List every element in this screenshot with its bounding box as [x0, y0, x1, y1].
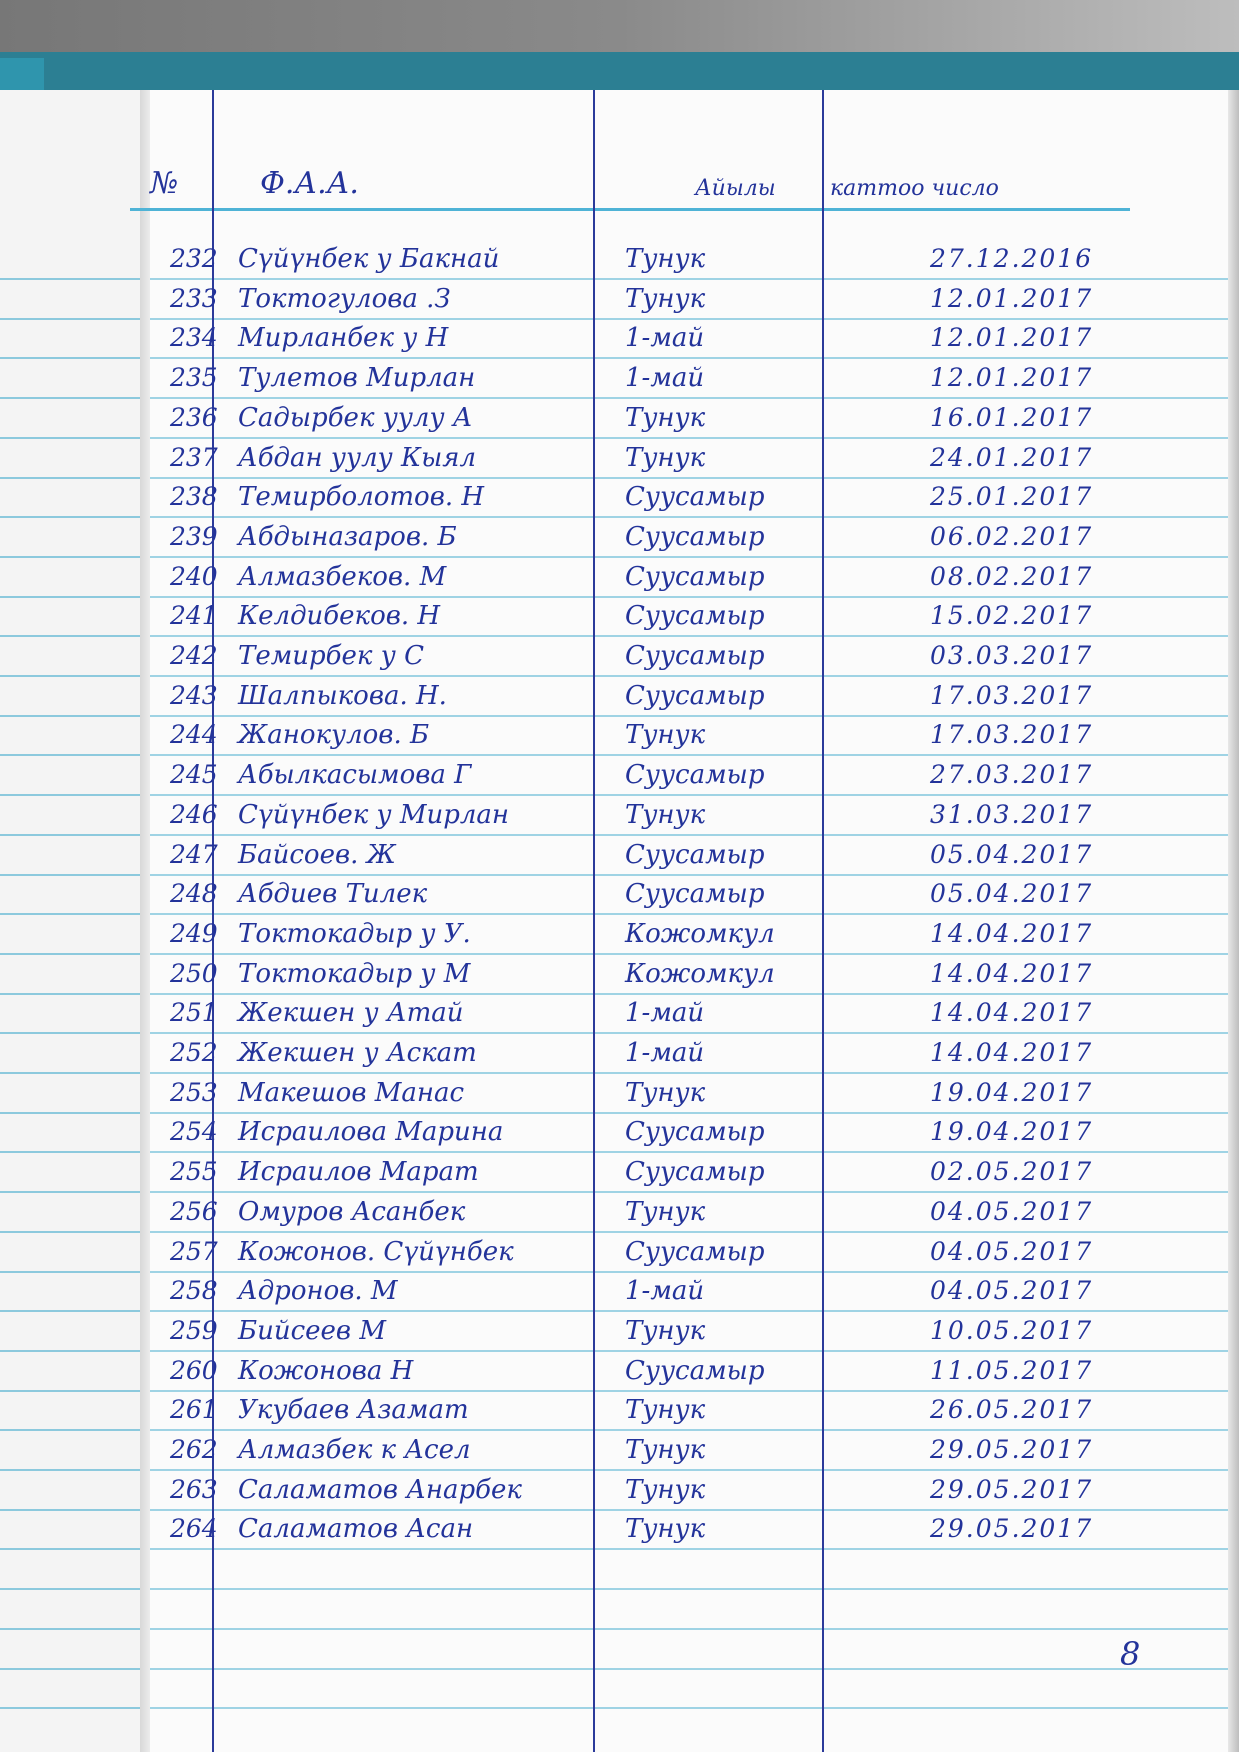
- table-row: 262Алмазбек к АселТунук29.05.2017: [150, 1431, 1239, 1467]
- table-row: 258Адронов. М1-май04.05.2017: [150, 1272, 1239, 1308]
- page-number: 8: [1120, 1635, 1140, 1673]
- entry-date: 29.05.2017: [930, 1435, 1093, 1464]
- entry-name: Жекшен у Атай: [238, 998, 463, 1028]
- entry-name: Темирбек у С: [238, 641, 424, 671]
- entry-date: 10.05.2017: [930, 1316, 1093, 1345]
- entry-number: 243: [170, 681, 218, 710]
- entry-village: Суусамыр: [625, 562, 765, 592]
- table-row: 240Алмазбеков. МСуусамыр08.02.2017: [150, 558, 1239, 594]
- entry-number: 240: [170, 562, 218, 591]
- table-row: 259Бийсеев МТунук10.05.2017: [150, 1312, 1239, 1348]
- ruled-line: [150, 1707, 1239, 1709]
- entry-name: Токтокадыр у У.: [238, 919, 471, 949]
- entry-name: Садырбек уулу А: [238, 403, 473, 433]
- entry-number: 257: [170, 1237, 218, 1266]
- entry-name: Жанокулов. Б: [238, 720, 429, 750]
- entry-village: Суусамыр: [625, 1237, 765, 1267]
- header-registration-date: каттоо числo: [830, 176, 999, 201]
- entry-number: 254: [170, 1117, 218, 1146]
- entry-name: Тулетов Мирлан: [238, 363, 475, 393]
- entry-name: Токтокадыр у М: [238, 959, 470, 989]
- entry-date: 31.03.2017: [930, 800, 1093, 829]
- entry-village: Кожомкул: [625, 959, 775, 989]
- entry-village: 1-май: [625, 363, 704, 393]
- entry-village: 1-май: [625, 1276, 704, 1306]
- ruled-line: [150, 1668, 1239, 1670]
- entry-village: Тунук: [625, 244, 705, 274]
- entry-name: Мирланбек у Н: [238, 323, 448, 353]
- entry-date: 14.04.2017: [930, 919, 1093, 948]
- entry-date: 27.12.2016: [930, 244, 1093, 273]
- entry-number: 264: [170, 1514, 218, 1543]
- ruled-line: [0, 556, 140, 558]
- ruled-line: [0, 1350, 140, 1352]
- entry-number: 247: [170, 840, 218, 869]
- entry-village: 1-май: [625, 1038, 704, 1068]
- entry-number: 252: [170, 1038, 218, 1067]
- entry-number: 244: [170, 720, 218, 749]
- table-row: 260Кожонова НСуусамыр11.05.2017: [150, 1352, 1239, 1388]
- entry-number: 260: [170, 1356, 218, 1385]
- header-number: №: [150, 166, 178, 201]
- entry-village: Тунук: [625, 1078, 705, 1108]
- ruled-line: [150, 1628, 1239, 1630]
- entry-village: Суусамыр: [625, 601, 765, 631]
- entry-date: 04.05.2017: [930, 1276, 1093, 1305]
- table-row: 246Сүйүнбек у МирланТунук31.03.2017: [150, 796, 1239, 832]
- ruled-line: [0, 1707, 140, 1709]
- entry-village: Кожомкул: [625, 919, 775, 949]
- entry-number: 251: [170, 998, 218, 1027]
- entry-number: 259: [170, 1316, 218, 1345]
- table-row: 253Макешов МанасТунук19.04.2017: [150, 1074, 1239, 1110]
- entry-date: 11.05.2017: [930, 1356, 1093, 1385]
- table-row: 254Исраилова МаринаСуусамыр19.04.2017: [150, 1113, 1239, 1149]
- entry-name: Абдиев Тилек: [238, 879, 427, 909]
- entry-village: Суусамыр: [625, 840, 765, 870]
- entry-number: 236: [170, 403, 218, 432]
- table-row: 243Шалпыкова. Н.Суусамыр17.03.2017: [150, 677, 1239, 713]
- ruled-line: [0, 1072, 140, 1074]
- entry-name: Сүйүнбек у Бакнай: [238, 244, 499, 274]
- entry-date: 24.01.2017: [930, 443, 1093, 472]
- table-row: 241Келдибеков. НСуусамыр15.02.2017: [150, 597, 1239, 633]
- entry-date: 19.04.2017: [930, 1078, 1093, 1107]
- ruled-line: [0, 516, 140, 518]
- ruled-line: [0, 1668, 140, 1670]
- table-row: 255Исраилов МаратСуусамыр02.05.2017: [150, 1153, 1239, 1189]
- ruled-line: [0, 834, 140, 836]
- entry-date: 05.04.2017: [930, 840, 1093, 869]
- ruled-line: [0, 437, 140, 439]
- table-row: 232Сүйүнбек у БакнайТунук27.12.2016: [150, 240, 1239, 276]
- entry-date: 29.05.2017: [930, 1475, 1093, 1504]
- entry-village: Суусамыр: [625, 879, 765, 909]
- entry-name: Омуров Асанбек: [238, 1197, 465, 1227]
- entry-date: 12.01.2017: [930, 363, 1093, 392]
- table-row: 239Абдыназаров. БСуусамыр06.02.2017: [150, 518, 1239, 554]
- entry-village: Суусамыр: [625, 1117, 765, 1147]
- ruled-line: [0, 278, 140, 280]
- entry-date: 26.05.2017: [930, 1395, 1093, 1424]
- entry-name: Абдан уулу Кыял: [238, 443, 476, 473]
- ruled-line: [0, 318, 140, 320]
- entry-date: 08.02.2017: [930, 562, 1093, 591]
- entry-village: Суусамыр: [625, 681, 765, 711]
- entry-number: 248: [170, 879, 218, 908]
- entry-number: 262: [170, 1435, 218, 1464]
- ruled-line: [0, 675, 140, 677]
- entry-village: Тунук: [625, 1316, 705, 1346]
- entry-date: 02.05.2017: [930, 1157, 1093, 1186]
- table-row: 248Абдиев ТилекСуусамыр05.04.2017: [150, 875, 1239, 911]
- ruled-line: [0, 993, 140, 995]
- entry-name: Келдибеков. Н: [238, 601, 440, 631]
- entry-date: 05.04.2017: [930, 879, 1093, 908]
- entry-date: 25.01.2017: [930, 482, 1093, 511]
- ruled-line: [0, 1310, 140, 1312]
- ledger-page: № Ф.А.А. Айылы каттоо числo 232Сүйүнбек …: [150, 90, 1239, 1752]
- entry-number: 241: [170, 601, 218, 630]
- entry-date: 03.03.2017: [930, 641, 1093, 670]
- entry-name: Токтогулова .З: [238, 284, 451, 314]
- table-row: 247Байсоев. ЖСуусамыр05.04.2017: [150, 836, 1239, 872]
- ruled-line: [0, 1588, 140, 1590]
- table-row: 249Токтокадыр у У.Кожомкул14.04.2017: [150, 915, 1239, 951]
- entry-village: Тунук: [625, 403, 705, 433]
- entry-name: Алмазбек к Асел: [238, 1435, 471, 1465]
- entry-date: 27.03.2017: [930, 760, 1093, 789]
- entry-village: Тунук: [625, 800, 705, 830]
- header-divider: [130, 208, 1130, 211]
- ruled-line: [0, 1271, 140, 1273]
- ruled-line: [0, 477, 140, 479]
- entry-number: 255: [170, 1157, 218, 1186]
- entry-name: Исраилова Марина: [238, 1117, 503, 1147]
- entry-date: 12.01.2017: [930, 284, 1093, 313]
- ruled-line: [0, 1032, 140, 1034]
- entry-number: 261: [170, 1395, 218, 1424]
- table-row: 244Жанокулов. БТунук17.03.2017: [150, 716, 1239, 752]
- entry-number: 232: [170, 244, 218, 273]
- entry-name: Укубаев Азамат: [238, 1395, 469, 1425]
- entry-number: 235: [170, 363, 218, 392]
- ruled-line: [0, 1390, 140, 1392]
- ruled-line: [0, 715, 140, 717]
- page-edge: [1228, 90, 1239, 1752]
- ruled-line: [0, 953, 140, 955]
- entry-date: 16.01.2017: [930, 403, 1093, 432]
- entry-name: Шалпыкова. Н.: [238, 681, 447, 711]
- entry-number: 246: [170, 800, 218, 829]
- ruled-line: [0, 874, 140, 876]
- entry-number: 233: [170, 284, 218, 313]
- entry-number: 238: [170, 482, 218, 511]
- entry-village: Тунук: [625, 1475, 705, 1505]
- entry-date: 29.05.2017: [930, 1514, 1093, 1543]
- ruled-line: [0, 1548, 140, 1550]
- entry-village: Тунук: [625, 1197, 705, 1227]
- notebook-cover: [0, 52, 1239, 90]
- entry-date: 17.03.2017: [930, 720, 1093, 749]
- entry-village: Суусамыр: [625, 482, 765, 512]
- ruled-line: [0, 596, 140, 598]
- table-row: 236Садырбек уулу АТунук16.01.2017: [150, 399, 1239, 435]
- entry-name: Абдыназаров. Б: [238, 522, 457, 552]
- entry-date: 19.04.2017: [930, 1117, 1093, 1146]
- entry-date: 14.04.2017: [930, 1038, 1093, 1067]
- entry-number: 263: [170, 1475, 218, 1504]
- entry-village: Тунук: [625, 284, 705, 314]
- entry-name: Жекшен у Аскат: [238, 1038, 477, 1068]
- table-row: 242Темирбек у ССуусамыр03.03.2017: [150, 637, 1239, 673]
- entry-village: Тунук: [625, 1514, 705, 1544]
- table-row: 238Темирболотов. НСуусамыр25.01.2017: [150, 478, 1239, 514]
- entry-date: 14.04.2017: [930, 959, 1093, 988]
- entry-name: Саламатов Асан: [238, 1514, 473, 1544]
- ruled-line: [0, 913, 140, 915]
- entry-date: 12.01.2017: [930, 323, 1093, 352]
- entry-village: 1-май: [625, 323, 704, 353]
- ruled-line: [0, 754, 140, 756]
- entry-number: 258: [170, 1276, 218, 1305]
- ruled-line: [0, 1469, 140, 1471]
- entry-number: 245: [170, 760, 218, 789]
- entry-name: Абылкасымова Г: [238, 760, 471, 790]
- entry-name: Бийсеев М: [238, 1316, 386, 1346]
- notebook-cover-corner: [0, 58, 44, 92]
- entry-date: 04.05.2017: [930, 1197, 1093, 1226]
- entry-number: 249: [170, 919, 218, 948]
- table-row: 264Саламатов АсанТунук29.05.2017: [150, 1510, 1239, 1546]
- table-row: 235Тулетов Мирлан1-май12.01.2017: [150, 359, 1239, 395]
- ruled-line: [0, 1112, 140, 1114]
- table-row: 256Омуров АсанбекТунук04.05.2017: [150, 1193, 1239, 1229]
- entry-number: 242: [170, 641, 218, 670]
- table-row: 237Абдан уулу КыялТунук24.01.2017: [150, 439, 1239, 475]
- entry-village: Суусамыр: [625, 522, 765, 552]
- ruled-line: [0, 1231, 140, 1233]
- entry-village: Суусамыр: [625, 1356, 765, 1386]
- table-row: 257Кожонов. СүйүнбекСуусамыр04.05.2017: [150, 1233, 1239, 1269]
- entry-number: 253: [170, 1078, 218, 1107]
- ruled-line: [0, 397, 140, 399]
- header-village: Айылы: [695, 176, 776, 201]
- entry-village: Суусамыр: [625, 1157, 765, 1187]
- ruled-line: [0, 357, 140, 359]
- entry-number: 250: [170, 959, 218, 988]
- entry-number: 237: [170, 443, 218, 472]
- table-row: 263Саламатов АнарбекТунук29.05.2017: [150, 1471, 1239, 1507]
- entry-number: 239: [170, 522, 218, 551]
- table-row: 251Жекшен у Атай1-май14.04.2017: [150, 994, 1239, 1030]
- entry-village: Суусамыр: [625, 760, 765, 790]
- entry-name: Сүйүнбек у Мирлан: [238, 800, 509, 830]
- ruled-line: [0, 794, 140, 796]
- entry-number: 256: [170, 1197, 218, 1226]
- table-row: 233Токтогулова .ЗТунук12.01.2017: [150, 280, 1239, 316]
- entry-name: Байсоев. Ж: [238, 840, 396, 870]
- ruled-line: [0, 1429, 140, 1431]
- entry-name: Кожонов. Сүйүнбек: [238, 1237, 514, 1267]
- entry-date: 04.05.2017: [930, 1237, 1093, 1266]
- entry-village: Тунук: [625, 1395, 705, 1425]
- entry-village: 1-май: [625, 998, 704, 1028]
- entry-name: Алмазбеков. М: [238, 562, 446, 592]
- entry-village: Тунук: [625, 720, 705, 750]
- entry-name: Адронов. М: [238, 1276, 398, 1306]
- ruled-line: [0, 1628, 140, 1630]
- ruled-line: [0, 1509, 140, 1511]
- entry-village: Суусамыр: [625, 641, 765, 671]
- entry-date: 17.03.2017: [930, 681, 1093, 710]
- ruled-line: [0, 1151, 140, 1153]
- entry-village: Тунук: [625, 443, 705, 473]
- ruled-line: [150, 1588, 1239, 1590]
- header-full-name: Ф.А.А.: [260, 166, 359, 201]
- table-row: 234Мирланбек у Н1-май12.01.2017: [150, 319, 1239, 355]
- ruled-line: [0, 635, 140, 637]
- entry-name: Кожонова Н: [238, 1356, 413, 1386]
- entry-date: 06.02.2017: [930, 522, 1093, 551]
- entry-number: 234: [170, 323, 218, 352]
- table-row: 261Укубаев АзаматТунук26.05.2017: [150, 1391, 1239, 1427]
- background-surface: [0, 0, 1239, 60]
- entry-date: 15.02.2017: [930, 601, 1093, 630]
- entry-village: Тунук: [625, 1435, 705, 1465]
- entry-date: 14.04.2017: [930, 998, 1093, 1027]
- left-facing-page: [0, 90, 148, 1752]
- entry-name: Макешов Манас: [238, 1078, 464, 1108]
- table-row: 250Токтокадыр у МКожомкул14.04.2017: [150, 955, 1239, 991]
- ruled-line: [0, 1191, 140, 1193]
- ruled-line: [150, 1548, 1239, 1550]
- entry-name: Саламатов Анарбек: [238, 1475, 522, 1505]
- table-row: 245Абылкасымова ГСуусамыр27.03.2017: [150, 756, 1239, 792]
- table-row: 252Жекшен у Аскат1-май14.04.2017: [150, 1034, 1239, 1070]
- entry-name: Исраилов Марат: [238, 1157, 479, 1187]
- entry-name: Темирболотов. Н: [238, 482, 484, 512]
